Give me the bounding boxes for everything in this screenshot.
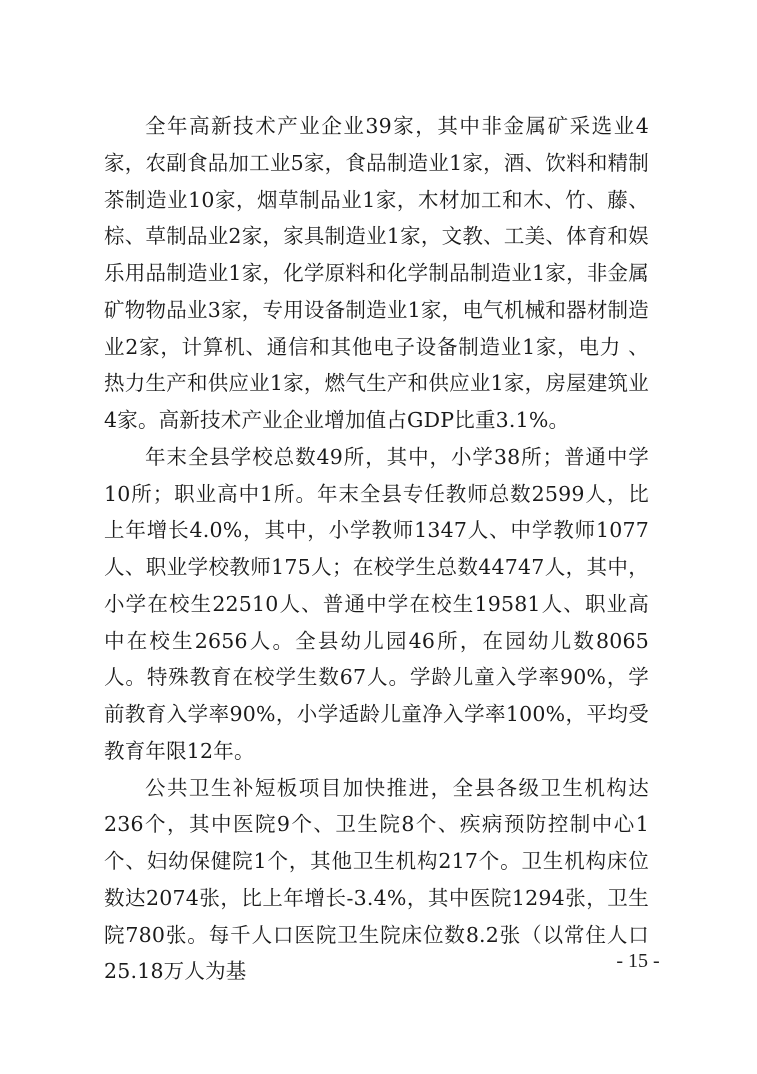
paragraph-education: 年末全县学校总数49所，其中，小学38所；普通中学10所；职业高中1所。年末全县…: [104, 439, 649, 770]
body-text: 全年高新技术产业企业39家，其中非金属矿采选业4家，农副食品加工业5家，食品制造…: [104, 108, 649, 990]
paragraph-high-tech-enterprises: 全年高新技术产业企业39家，其中非金属矿采选业4家，农副食品加工业5家，食品制造…: [104, 108, 649, 439]
page-number: - 15 -: [608, 950, 668, 973]
paragraph-public-health: 公共卫生补短板项目加快推进，全县各级卫生机构达236个，其中医院9个、卫生院8个…: [104, 770, 649, 991]
document-page: 全年高新技术产业企业39家，其中非金属矿采选业4家，农副食品加工业5家，食品制造…: [0, 0, 757, 1074]
